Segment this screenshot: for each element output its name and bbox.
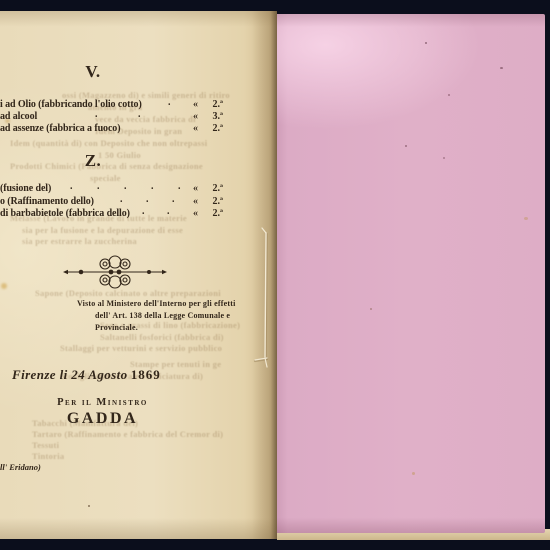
tariff-value: 2.ª <box>201 196 223 207</box>
ghost-line: Sego o grassi di lino (fabbricazione) <box>100 320 240 330</box>
ghost-line: vece da veccia fabbrica di <box>95 114 196 124</box>
tariff-mark: « <box>193 123 198 134</box>
tariff-mark: « <box>193 196 198 207</box>
dot-leader: . . <box>142 206 170 217</box>
dot-leader: . . . <box>120 194 175 205</box>
visto-note-line: dell' Art. 138 della Legge Comunale e <box>95 311 230 320</box>
ink-speck <box>88 505 90 507</box>
tariff-row-label: o (Raffinamento dello) <box>0 196 94 207</box>
tariff-row: ad alcool . . « 3.ª <box>0 111 232 124</box>
ghost-line: Stoviglie (fabbrica e verniciatura di) <box>60 371 203 381</box>
ghost-line: Idem (quantità di) con Deposito che non … <box>10 138 207 148</box>
ghost-line: Idem Deposito in gran <box>95 126 182 136</box>
minister-title: Per il Ministro <box>40 397 165 408</box>
tariff-value: 3.ª <box>201 111 223 122</box>
paper-speck <box>524 217 528 220</box>
tariff-row-label: i ad Olio (fabbricando l'olio cotto) <box>0 99 142 110</box>
ghost-line: Tartaro (Raffinamento e fabbrica del Cre… <box>32 429 223 439</box>
ghost-line: Melasse (Lavoro in grande di tutte le ma… <box>10 213 187 223</box>
tariff-value: 2.ª <box>201 99 223 110</box>
ghost-line: ossi (Magazzeno di) e simili generi di r… <box>62 90 230 100</box>
visto-note-line: Visto al Ministero dell'Interno per gli … <box>77 299 236 308</box>
section-z-heading: Z. <box>58 151 128 171</box>
dot-leader: . . . . . <box>70 181 181 192</box>
visto-note-line: Provinciale. <box>95 323 138 332</box>
tariff-row: i ad Olio (fabbricando l'olio cotto) . «… <box>0 99 232 112</box>
paper-speck <box>370 308 372 310</box>
ghost-line: Saltanelli fosforici (fabbrica di) <box>100 332 224 342</box>
fox-spot <box>5 119 10 123</box>
binding-thread <box>250 225 276 375</box>
right-page <box>277 14 545 533</box>
ghost-line: Tessuti <box>32 440 59 450</box>
tariff-row: ad assenze (fabbrica a fuoco) « 2.ª <box>0 123 232 136</box>
tariff-value: 2.ª <box>201 208 223 219</box>
paper-speck <box>405 145 407 147</box>
paper-speck <box>443 157 445 159</box>
ghost-line: Tintoria <box>32 451 64 461</box>
tariff-mark: « <box>193 111 198 122</box>
paper-speck <box>412 472 415 475</box>
dot-leader: . . <box>95 109 141 120</box>
ghost-line: Stampe per tenuti in ge <box>130 359 221 369</box>
section-v-heading: V. <box>58 62 128 82</box>
dot-leader: . <box>168 97 171 108</box>
dateline-year: 1869 <box>131 367 161 382</box>
tariff-value: 2.ª <box>201 123 223 134</box>
ghost-line: 1 50 Giulio <box>98 150 141 160</box>
tariff-mark: « <box>193 99 198 110</box>
tariff-row-label: ad assenze (fabbrica a fuoco) <box>0 123 120 134</box>
ghost-line: speciale <box>90 173 121 183</box>
fleuron-divider-icon <box>63 250 167 294</box>
ghost-line: Prodotti Chimici (Fabbrica di senza desi… <box>10 161 203 171</box>
paper-speck <box>425 42 427 44</box>
footnote-fragment: ll' Eridano) <box>0 462 41 472</box>
paper-speck <box>500 67 503 69</box>
tariff-row: (fusione del) . . . . . « 2.ª <box>0 183 232 196</box>
tariff-row-label: di barbabietole (fabbrica dello) <box>0 208 130 219</box>
ghost-line: Sapone (Deposito calcinato o altre prepa… <box>35 288 221 298</box>
ghost-line: sia per estrarre la zuccherina <box>22 236 137 246</box>
tariff-row-label: (fusione del) <box>0 183 51 194</box>
dateline: Firenze li 24 Agosto 1869 <box>12 367 161 383</box>
dateline-place: Firenze li 24 Agosto <box>12 367 128 382</box>
tariff-value: 2.ª <box>201 183 223 194</box>
ghost-line: sia per la fusione e la depurazione di e… <box>22 225 183 235</box>
ghost-line: Stallaggi per vetturini e servizio pubbl… <box>60 343 222 353</box>
left-page: ossi (Magazzeno di) e simili generi di r… <box>0 11 277 539</box>
tariff-mark: « <box>193 208 198 219</box>
tariff-mark: « <box>193 183 198 194</box>
paper-speck <box>448 94 450 96</box>
tariff-row-label: ad alcool <box>0 111 37 122</box>
tariff-row: di barbabietole (fabbrica dello) . . « 2… <box>0 208 232 221</box>
book-photo: { "colors":{ "background":"#0b0e1c", "le… <box>0 0 550 550</box>
tariff-row: o (Raffinamento dello) . . . « 2.ª <box>0 196 232 209</box>
ghost-line: Tabacchi (Manifattura dei) <box>32 418 138 428</box>
minister-signature: GADDA <box>40 410 165 428</box>
fox-spot <box>1 283 7 289</box>
ghost-line: amento in gra <box>88 102 142 112</box>
